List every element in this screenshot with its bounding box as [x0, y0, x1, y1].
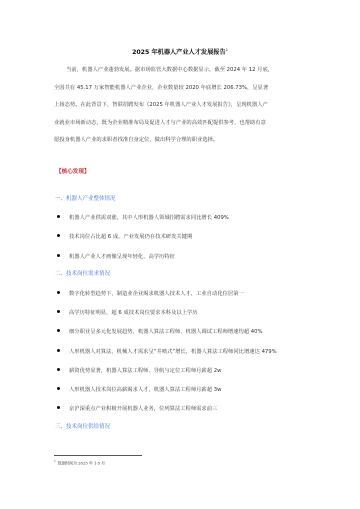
- title-text: 2025 年机器人产业人才发展报告: [132, 49, 226, 56]
- list-item: 细分职业呈多元化发展趋势，机器人算法工程师、机器人调试工程师增速均超 40%: [57, 327, 263, 335]
- list-item: 数字化转型趋势下，制造业企业渴求机器人技术人才，工业自动化位居第一: [57, 289, 244, 297]
- list-item: 人形机器人技术岗位高薪渴求人才，机器人算法工程师月薪超 3w: [57, 385, 221, 393]
- bullet-dot-icon: [57, 329, 60, 332]
- intro-paragraph: 当前，机器人产业蓬勃发展。据市场监管大数据中心数据显示，截至 2024 年 12…: [54, 62, 310, 150]
- section-heading-tech-demand: 二、技术岗位需求情况: [55, 269, 110, 277]
- list-item: 高学历特征明显，超 6 成技术岗位要求本科及以上学历: [57, 308, 198, 316]
- bullet-dot-icon: [57, 254, 60, 257]
- footnote-mark: 1: [54, 459, 56, 463]
- list-item: 机器人产业人才画像呈现年轻化、高学历特征: [57, 252, 175, 260]
- intro-line: 愿投身机器人产业的求职者找准自身定位，做出科学合理的职业选择。: [54, 132, 310, 150]
- footnote-divider: [54, 455, 142, 456]
- bullet-dot-icon: [57, 291, 60, 294]
- bullet-dot-icon: [57, 310, 60, 313]
- section-heading-tech-supply: 三、技术岗位供给情况: [55, 422, 110, 430]
- list-item: 机器人产业供需双涨，其中人形机器人领域招聘需求同比增长 409%: [57, 213, 229, 221]
- intro-line: 当前，机器人产业蓬勃发展。据市场监管大数据中心数据显示，截至 2024 年 12…: [54, 62, 310, 80]
- core-findings-label: 【核心发现】: [56, 167, 90, 175]
- bullet-dot-icon: [57, 368, 60, 371]
- list-item: 技术岗位占比超 6 成，产业发展仍在技术研发关键期: [57, 232, 192, 240]
- footnote: 1数据时间为 2025 年 1-5 月: [54, 459, 105, 466]
- list-item: 京沪深重点产业积极开展机器人业务，位列算法工程师需求前三: [57, 404, 217, 412]
- bullet-dot-icon: [57, 387, 60, 390]
- list-item: 人形机器人对算法、机械人才需求呈“井喷式”增长，机器人算法工程师同比增速达 47…: [57, 347, 277, 355]
- bullet-dot-icon: [57, 406, 60, 409]
- bullet-dot-icon: [57, 349, 60, 352]
- document-page: 2025 年机器人产业人才发展报告1 当前，机器人产业蓬勃发展。据市场监管大数据…: [0, 0, 360, 509]
- bullet-dot-icon: [57, 215, 60, 218]
- intro-line: 上扬态势。在此背景下，智联招聘发布《2025 年机器人产业人才发展报告》，呈现机…: [54, 97, 310, 115]
- title-footnote-mark: 1: [226, 48, 228, 52]
- bullet-dot-icon: [57, 234, 60, 237]
- intro-line: 业就业市场新动态，既为企业精准布局及促进人才与产业的高效匹配提供参考，也帮助有意: [54, 115, 310, 133]
- intro-line: 全国共有 45.17 万家智能机器人产业企业，企业数量较 2020 年底增长 2…: [54, 80, 310, 98]
- section-heading-industry-overview: 一、机器人产业整体情况: [55, 194, 116, 202]
- document-title: 2025 年机器人产业人才发展报告1: [0, 47, 360, 56]
- footnote-text: 数据时间为 2025 年 1-5 月: [58, 460, 105, 465]
- list-item: 薪资优势显著，机器人算法工程师、导航与定位工程师月薪超 2w: [57, 366, 221, 374]
